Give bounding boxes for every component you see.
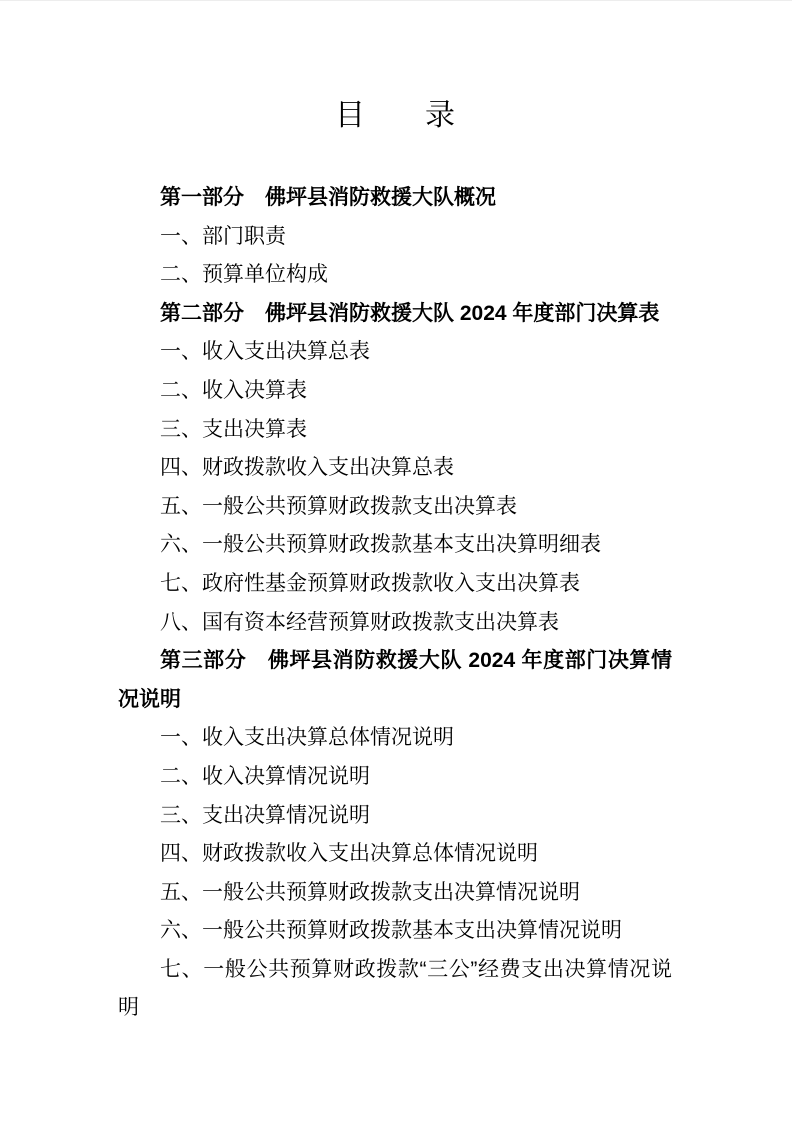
toc-item: 七、政府性基金预算财政拨款收入支出决算表 [118,565,672,604]
toc-item: 八、国有资本经营预算财政拨款支出决算表 [118,604,672,643]
toc-item: 四、财政拨款收入支出决算总表 [118,449,672,488]
toc-item: 二、预算单位构成 [118,256,672,295]
toc-item: 七、一般公共预算财政拨款“三公”经费支出决算情况说明 [118,951,672,1028]
document-title: 目 录 [118,96,672,136]
toc-item: 一、部门职责 [118,218,672,257]
section-heading-part2: 第二部分 佛坪县消防救援大队 2024 年度部门决算表 [118,295,672,334]
toc-item: 一、收入支出决算总体情况说明 [118,719,672,758]
toc-item: 六、一般公共预算财政拨款基本支出决算明细表 [118,526,672,565]
section-heading-part3: 第三部分 佛坪县消防救援大队 2024 年度部门决算情况说明 [118,642,672,719]
toc-item: 五、一般公共预算财政拨款支出决算表 [118,488,672,527]
toc-item: 三、支出决算情况说明 [118,797,672,836]
toc-item: 五、一般公共预算财政拨款支出决算情况说明 [118,874,672,913]
document-page: 目 录 第一部分 佛坪县消防救援大队概况 一、部门职责 二、预算单位构成 第二部… [0,0,792,1121]
table-of-contents: 第一部分 佛坪县消防救援大队概况 一、部门职责 二、预算单位构成 第二部分 佛坪… [118,179,672,1028]
toc-item: 二、收入决算情况说明 [118,758,672,797]
section-heading-part1: 第一部分 佛坪县消防救援大队概况 [118,179,672,218]
toc-item: 二、收入决算表 [118,372,672,411]
toc-item: 六、一般公共预算财政拨款基本支出决算情况说明 [118,912,672,951]
toc-item: 四、财政拨款收入支出决算总体情况说明 [118,835,672,874]
toc-item: 一、收入支出决算总表 [118,333,672,372]
toc-item: 三、支出决算表 [118,411,672,450]
